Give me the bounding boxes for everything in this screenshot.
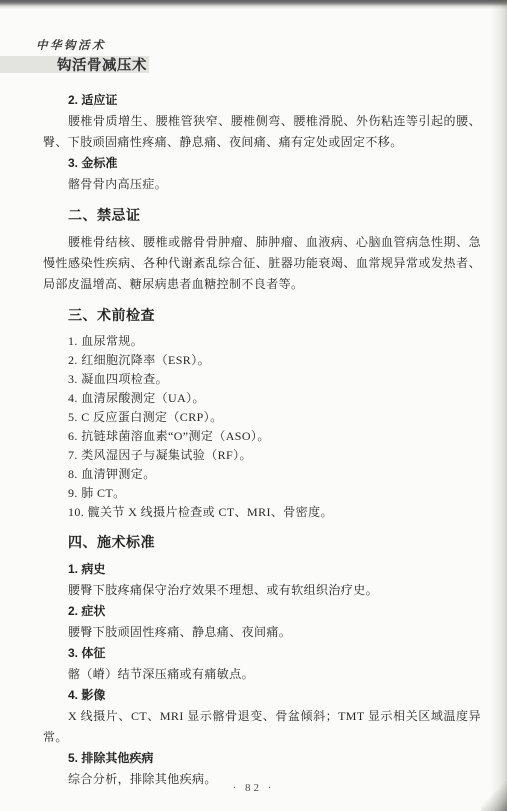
chapter-title-bar: 钩活骨减压术 (0, 56, 149, 73)
subheading-history: 1. 病史 (43, 559, 481, 580)
paragraph-symptoms: 腰臀下肢顽固性疼痛、静息痛、夜间痛。 (43, 622, 481, 643)
subheading-indications: 2. 适应证 (43, 90, 481, 111)
preop-exam-list: 1. 血尿常规。 2. 红细胞沉降率（ESR）。 3. 凝血四项检查。 4. 血… (43, 332, 481, 522)
scan-top-edge (0, 0, 507, 9)
list-item: 4. 血清尿酸测定（UA）。 (43, 389, 481, 408)
running-head-book-title: 中华钩活术 (36, 37, 106, 53)
subheading-imaging: 4. 影像 (43, 685, 481, 706)
list-item: 1. 血尿常规。 (43, 332, 481, 351)
list-item: 3. 凝血四项检查。 (43, 370, 481, 389)
list-item: 10. 髋关节 X 线摄片检查或 CT、MRI、骨密度。 (43, 503, 481, 522)
paragraph-gold-standard: 髂骨骨内高压症。 (43, 174, 481, 195)
subheading-exclude-other-diseases: 5. 排除其他疾病 (43, 748, 481, 769)
paragraph-imaging: X 线摄片、CT、MRI 显示髂骨退变、骨盆倾斜；TMT 显示相关区域温度异常。 (43, 706, 481, 748)
paragraph-history: 腰臀下肢疼痛保守治疗效果不理想、或有软组织治疗史。 (43, 580, 481, 601)
section-heading-preop-exams: 三、术前检查 (43, 305, 481, 325)
page-corner-shadow (481, 781, 507, 811)
page-edge-shadow (490, 0, 507, 811)
section-heading-contraindications: 二、禁忌证 (43, 205, 481, 225)
subheading-symptoms: 2. 症状 (43, 601, 481, 622)
paragraph-indications: 腰椎骨质增生、腰椎管狭窄、腰椎侧弯、腰椎滑脱、外伤粘连等引起的腰、臀、下肢顽固痛… (43, 111, 481, 153)
list-item: 7. 类风湿因子与凝集试验（RF）。 (43, 446, 481, 465)
subheading-gold-standard: 3. 金标准 (43, 153, 481, 174)
list-item: 2. 红细胞沉降率（ESR）。 (43, 351, 481, 370)
page-body: 2. 适应证 腰椎骨质增生、腰椎管狭窄、腰椎侧弯、腰椎滑脱、外伤粘连等引起的腰、… (43, 90, 481, 790)
page-number: · 82 · (0, 782, 507, 794)
paragraph-signs: 髂（嵴）结节深压痛或有痛敏点。 (43, 664, 481, 685)
paragraph-contraindications: 腰椎骨结核、腰椎或髂骨骨肿瘤、肺肿瘤、血液病、心脑血管病急性期、急慢性感染性疾病… (43, 232, 481, 295)
list-item: 6. 抗链球菌溶血素“O”测定（ASO）。 (43, 427, 481, 446)
scanned-book-page: { "colors": { "paper": "#fbfbf9", "chapt… (0, 0, 507, 811)
subheading-signs: 3. 体征 (43, 643, 481, 664)
chapter-title: 钩活骨减压术 (57, 54, 147, 75)
section-heading-operation-criteria: 四、施术标准 (43, 532, 481, 552)
list-item: 8. 血清钾测定。 (43, 465, 481, 484)
list-item: 5. C 反应蛋白测定（CRP）。 (43, 408, 481, 427)
list-item: 9. 肺 CT。 (43, 484, 481, 503)
